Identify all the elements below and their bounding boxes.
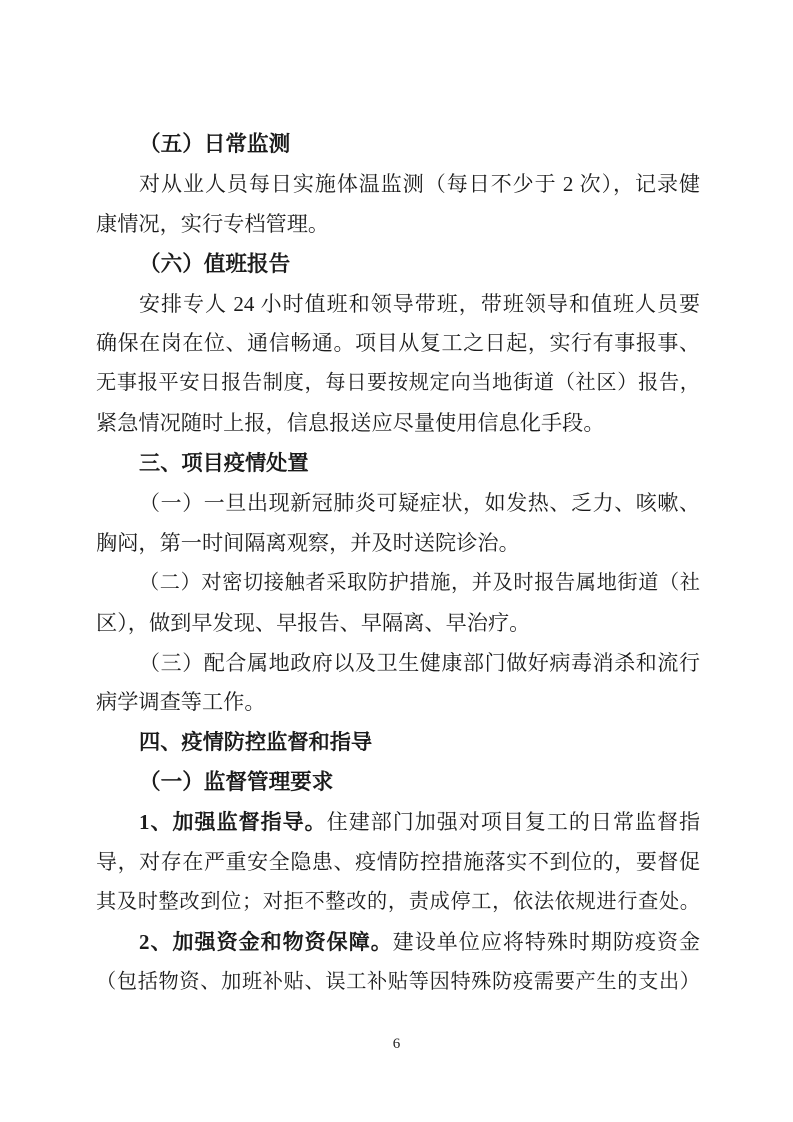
run-bold-item-1: 1、加强监督指导。 [139, 810, 327, 834]
heading-supervision-requirements: （一）监督管理要求 [96, 763, 700, 803]
paragraph-line: 无事报平安日报告制度，每日要按规定向当地街道（社区）报告， [96, 364, 700, 404]
heading-duty-report: （六）值班报告 [96, 245, 700, 285]
heading-project-epidemic-response: 三、项目疫情处置 [96, 444, 700, 484]
run-text: 建设单位应将特殊时期防疫资金 [393, 930, 700, 954]
paragraph-line: 病学调查等工作。 [96, 683, 700, 723]
document-page: （五）日常监测 对从业人员每日实施体温监测（每日不少于 2 次），记录健 康情况… [0, 0, 793, 1122]
paragraph-line: 紧急情况随时上报，信息报送应尽量使用信息化手段。 [96, 404, 700, 444]
heading-daily-monitoring: （五）日常监测 [96, 125, 700, 165]
paragraph-line: 1、加强监督指导。住建部门加强对项目复工的日常监督指 [96, 803, 700, 843]
paragraph-line: 2、加强资金和物资保障。建设单位应将特殊时期防疫资金 [96, 923, 700, 963]
run-bold-item-2: 2、加强资金和物资保障。 [139, 930, 393, 954]
paragraph-line: 区），做到早发现、早报告、早隔离、早治疗。 [96, 604, 700, 644]
document-body: （五）日常监测 对从业人员每日实施体温监测（每日不少于 2 次），记录健 康情况… [96, 125, 700, 1003]
paragraph-line: 胸闷，第一时间隔离观察，并及时送院诊治。 [96, 524, 700, 564]
paragraph-line: （一）一旦出现新冠肺炎可疑症状，如发热、乏力、咳嗽、 [96, 484, 700, 524]
paragraph-line: （三）配合属地政府以及卫生健康部门做好病毒消杀和流行 [96, 644, 700, 684]
paragraph-line: （包括物资、加班补贴、误工补贴等因特殊防疫需要产生的支出） [96, 963, 700, 1003]
paragraph-line: 其及时整改到位；对拒不整改的，责成停工，依法依规进行查处。 [96, 883, 700, 923]
heading-supervision-and-guidance: 四、疫情防控监督和指导 [96, 723, 700, 763]
paragraph-line: （二）对密切接触者采取防护措施，并及时报告属地街道（社 [96, 564, 700, 604]
page-number: 6 [0, 1034, 793, 1054]
paragraph-line: 康情况，实行专档管理。 [96, 205, 700, 245]
paragraph-line: 确保在岗在位、通信畅通。项目从复工之日起，实行有事报事、 [96, 324, 700, 364]
run-text: 住建部门加强对项目复工的日常监督指 [327, 810, 700, 834]
paragraph-line: 对从业人员每日实施体温监测（每日不少于 2 次），记录健 [96, 165, 700, 205]
paragraph-line: 安排专人 24 小时值班和领导带班，带班领导和值班人员要 [96, 285, 700, 325]
paragraph-line: 导，对存在严重安全隐患、疫情防控措施落实不到位的，要督促 [96, 843, 700, 883]
